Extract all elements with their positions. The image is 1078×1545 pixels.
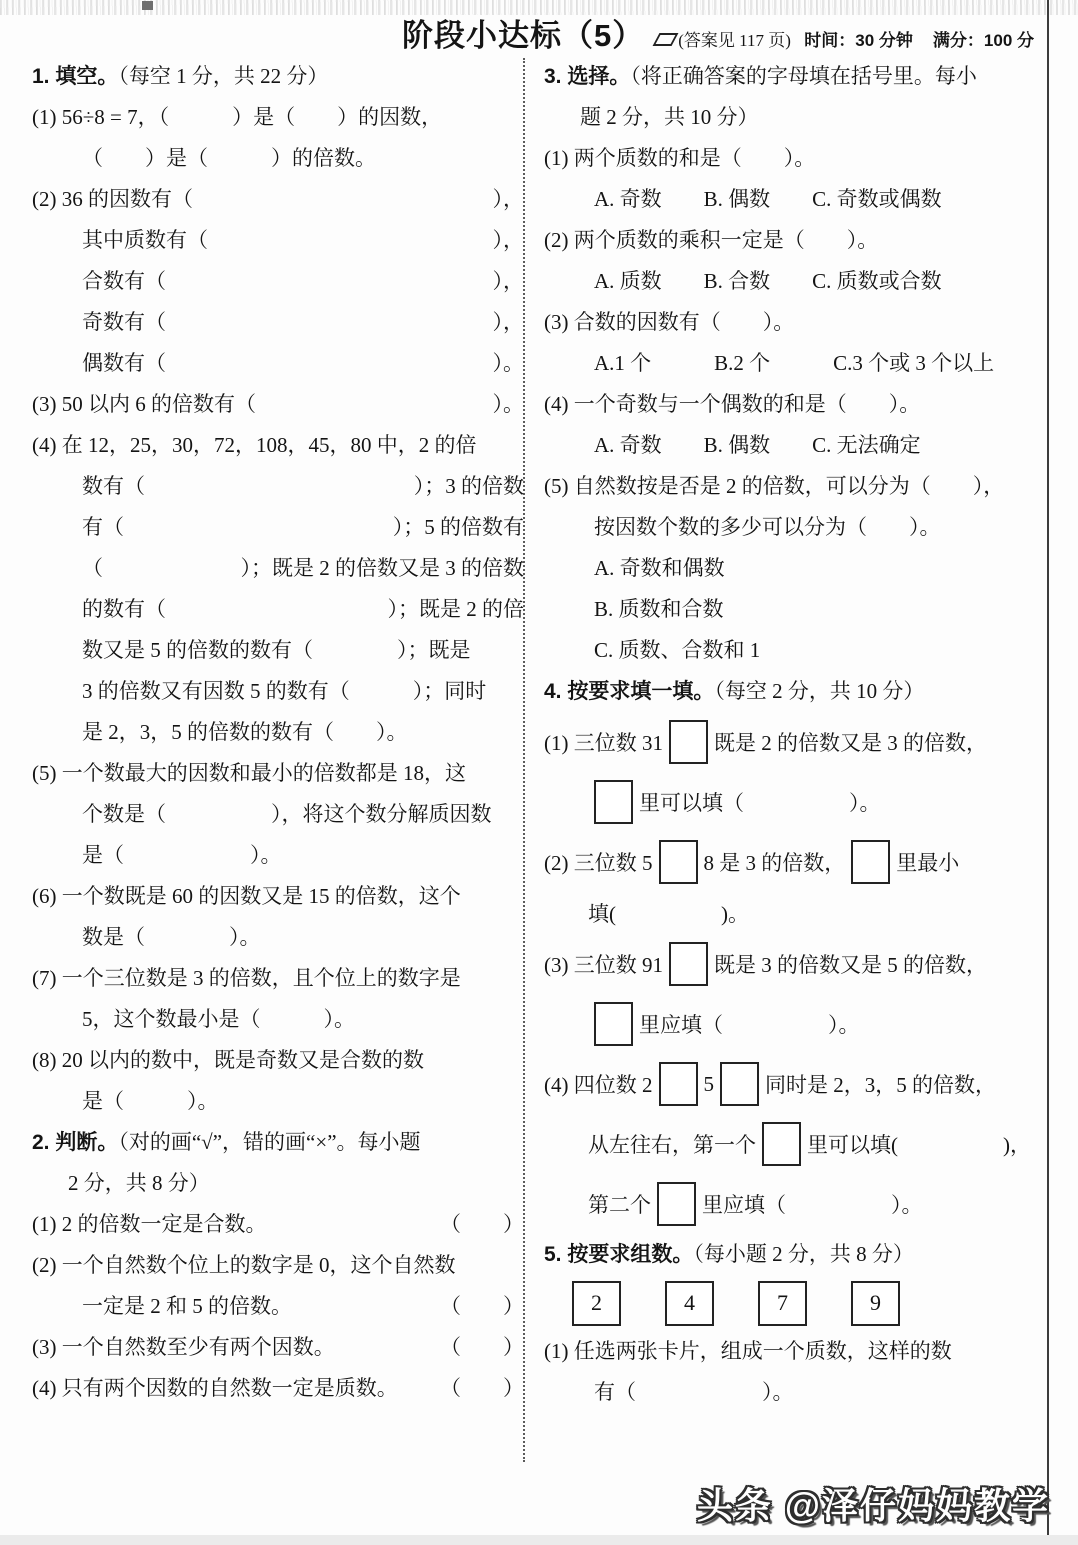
s1-q8-line1: (8) 20 以内的数中，既是奇数又是合数的数 (32, 1040, 524, 1081)
s2-j1: (1) 2 的倍数一定是合数。（ ） (32, 1204, 524, 1245)
s1-q2-l2-left: 其中质数有（ (32, 220, 208, 261)
s1-q4-line7: 3 的倍数又有因数 5 的数有（ ）；同时 (32, 671, 524, 712)
s4-q4-l2-seg1: 从左往右，第一个 (588, 1129, 756, 1159)
answer-box (594, 1002, 633, 1046)
s4-q4-seg1: (4) 四位数 2 (544, 1069, 653, 1099)
s1-q4-line5: 的数有（）；既是 2 的倍 (32, 589, 524, 630)
s1-q2-line4: 奇数有（）， (32, 302, 524, 343)
s4-q1-seg2: 既是 2 的倍数又是 3 的倍数， (714, 727, 987, 757)
section1-title-label: 1. 填空。 (32, 65, 118, 88)
s1-q7-line2: 5，这个数最小是（ ）。 (32, 999, 524, 1040)
s2-j3-text: (3) 一个自然数至少有两个因数。 (32, 1327, 335, 1368)
s4-q1-line2: 里可以填（ ）。 (544, 772, 1044, 832)
answer-reference-text: (答案见 117 页) (678, 31, 791, 50)
s1-q4-line6: 数又是 5 的倍数的数有（ ）；既是 (32, 630, 524, 671)
s1-q2-l3-left: 合数有（ (32, 261, 166, 302)
s1-q4-l4-right: ）；既是 2 的倍数又是 3 的倍数 (241, 548, 525, 589)
s1-q3-right: ）。 (493, 384, 525, 425)
s2-j4: (4) 只有两个因数的自然数一定是质数。（ ） (32, 1368, 524, 1409)
s1-q7-line1: (7) 一个三位数是 3 的倍数，且个位上的数字是 (32, 958, 524, 999)
s4-q2-l2-text: 填( )。 (588, 898, 749, 928)
s3-q5-option-c: C. 质数、合数和 1 (544, 630, 1044, 671)
s1-q4-l3-left: 有（ (32, 507, 124, 548)
section2-title: 2. 判断。（对的画“√”，错的画“×”。每小题 (32, 1122, 524, 1163)
answer-box (659, 840, 698, 884)
s4-q2-seg1: (2) 三位数 5 (544, 847, 653, 877)
paper-header: 阶段小达标（5） (答案见 117 页) 时间：30 分钟满分：100 分 (402, 10, 1034, 55)
s1-q2-l3-right: ）， (493, 261, 525, 302)
s2-j3: (3) 一个自然数至少有两个因数。（ ） (32, 1327, 524, 1368)
s1-q4-l3-right: ）；5 的倍数有 (393, 507, 524, 548)
s4-q3-seg1: (3) 三位数 91 (544, 949, 663, 979)
s4-q2-seg2: 8 是 3 的倍数， (704, 847, 846, 877)
s1-q3-line: (3) 50 以内 6 的倍数有（）。 (32, 384, 524, 425)
section3-title: 3. 选择。（将正确答案的字母填在括号里。每小 (544, 56, 1044, 97)
s2-j3-paren: （ ） (440, 1327, 524, 1368)
section3-title-line2: 题 2 分，共 10 分） (544, 97, 1044, 138)
s2-j1-paren: （ ） (440, 1204, 524, 1245)
number-cards: 2 4 7 9 (544, 1275, 1044, 1331)
s1-q4-line8: 是 2，3，5 的倍数的数有（ ）。 (32, 712, 524, 753)
header-meta: 时间：30 分钟满分：100 分 (804, 26, 1034, 51)
s4-q4-seg2: 5 (704, 1072, 715, 1097)
s4-q4-l3-seg1: 第二个 (588, 1189, 651, 1219)
s4-q4-line3: 第二个里应填（ ）。 (544, 1174, 1044, 1234)
s4-q4-line1: (4) 四位数 25同时是 2，3，5 的倍数， (544, 1054, 1044, 1114)
s3-q5-option-a: A. 奇数和偶数 (544, 548, 1044, 589)
section4-title-label: 4. 按要求填一填。 (544, 680, 714, 703)
s1-q8-line2: 是（ ）。 (32, 1081, 524, 1122)
s4-q3-line1: (3) 三位数 91既是 3 的倍数又是 5 的倍数， (544, 934, 1044, 994)
s1-q4-l2-right: ）；3 的倍数 (414, 466, 524, 507)
answer-box (594, 780, 633, 824)
s1-q1-line1: (1) 56÷8 = 7，（ ）是（ ）的因数， (32, 97, 524, 138)
s3-q5-line1: (5) 自然数按是否是 2 的倍数，可以分为（ ）， (544, 466, 1044, 507)
paper-title: 阶段小达标（5） (402, 10, 644, 55)
section2-title-note: （对的画“√”，错的画“×”。每小题 (118, 1130, 420, 1154)
section5-title-note: （每小题 2 分，共 8 分） (693, 1242, 914, 1266)
watermark: 头条 @泽仔妈妈教学 (697, 1478, 1050, 1529)
s1-q2-line3: 合数有（）， (32, 261, 524, 302)
s3-q1-options: A. 奇数 B. 偶数 C. 奇数或偶数 (544, 179, 1044, 220)
answer-box (851, 840, 890, 884)
number-card: 9 (851, 1281, 900, 1326)
s2-j4-text: (4) 只有两个因数的自然数一定是质数。 (32, 1368, 398, 1409)
s3-q2-options: A. 质数 B. 合数 C. 质数或合数 (544, 261, 1044, 302)
s4-q3-line2: 里应填（ ）。 (544, 994, 1044, 1054)
s3-q2: (2) 两个质数的乘积一定是（ ）。 (544, 220, 1044, 261)
s4-q4-l2-seg2: 里可以填( )， (807, 1129, 1031, 1159)
s4-q3-l2-seg2: 里应填（ ）。 (639, 1009, 860, 1039)
section3-title-note: （将正确答案的字母填在括号里。每小 (630, 64, 977, 88)
s1-q2-l5-right: ）。 (493, 343, 525, 384)
s1-q2-line2: 其中质数有（）， (32, 220, 524, 261)
s4-q2-line2: 填( )。 (544, 892, 1044, 934)
section4-title: 4. 按要求填一填。（每空 2 分，共 10 分） (544, 671, 1044, 712)
section3-title-label: 3. 选择。 (544, 65, 630, 88)
s1-q4-l5-left: 的数有（ (32, 589, 166, 630)
s1-q2-l1-left: (2) 36 的因数有（ (32, 179, 193, 220)
s1-q4-l2-left: 数有（ (32, 466, 145, 507)
s1-q4-l5-right: ）；既是 2 的倍 (388, 589, 525, 630)
s3-q3-options: A.1 个 B.2 个 C.3 个或 3 个以上 (544, 343, 1044, 384)
s2-j2-line2: 一定是 2 和 5 的倍数。（ ） (32, 1286, 524, 1327)
s1-q2-l2-right: ）， (493, 220, 525, 261)
answer-box (669, 720, 708, 764)
s1-q2-line5: 偶数有（）。 (32, 343, 524, 384)
answer-box (669, 942, 708, 986)
answer-box (659, 1062, 698, 1106)
number-card: 7 (758, 1281, 807, 1326)
number-card: 4 (665, 1281, 714, 1326)
section1-title: 1. 填空。（每空 1 分，共 22 分） (32, 56, 524, 97)
s4-q1-seg1: (1) 三位数 31 (544, 727, 663, 757)
s4-q2-seg3: 里最小 (896, 847, 959, 877)
section2-title-label: 2. 判断。 (32, 1131, 118, 1154)
s1-q6-line1: (6) 一个数既是 60 的因数又是 15 的倍数，这个 (32, 876, 524, 917)
answer-box (657, 1182, 696, 1226)
s5-q1-line2: 有（ ）。 (544, 1372, 1044, 1413)
left-column: 1. 填空。（每空 1 分，共 22 分） (1) 56÷8 = 7，（ ）是（… (32, 56, 524, 1409)
s1-q2-l5-left: 偶数有（ (32, 343, 166, 384)
section4-title-note: （每空 2 分，共 10 分） (714, 679, 924, 703)
section2-title-line2: 2 分，共 8 分） (32, 1163, 524, 1204)
s1-q4-line3: 有（）；5 的倍数有 (32, 507, 524, 548)
s3-q4-options: A. 奇数 B. 偶数 C. 无法确定 (544, 425, 1044, 466)
s1-q2-l4-right: ）， (493, 302, 525, 343)
answer-box (762, 1122, 801, 1166)
answer-reference: (答案见 117 页) (656, 26, 791, 51)
section5-title-label: 5. 按要求组数。 (544, 1243, 693, 1266)
s5-q1-line1: (1) 任选两张卡片，组成一个质数，这样的数 (544, 1331, 1044, 1372)
page-flip-icon (653, 33, 679, 46)
s1-q2-l4-left: 奇数有（ (32, 302, 166, 343)
time-label: 时间：30 分钟 (804, 31, 913, 50)
scan-bottom-band (0, 1535, 1078, 1545)
number-card: 2 (572, 1281, 621, 1326)
s3-q3: (3) 合数的因数有（ ）。 (544, 302, 1044, 343)
s2-j2-l2-paren: （ ） (440, 1286, 524, 1327)
page-edge-rule (1047, 0, 1049, 1545)
right-column: 3. 选择。（将正确答案的字母填在括号里。每小 题 2 分，共 10 分） (1… (544, 56, 1044, 1413)
s4-q4-line2: 从左往右，第一个里可以填( )， (544, 1114, 1044, 1174)
s1-q4-l4-left: （ (32, 548, 103, 589)
answer-box (720, 1062, 759, 1106)
s4-q4-l3-seg2: 里应填（ ）。 (702, 1189, 923, 1219)
s1-q3-left: (3) 50 以内 6 的倍数有（ (32, 384, 256, 425)
s3-q5-line2: 按因数个数的多少可以分为（ ）。 (544, 507, 1044, 548)
s1-q2-l1-right: ）， (493, 179, 525, 220)
section1-title-note: （每空 1 分，共 22 分） (118, 64, 328, 88)
section5-title: 5. 按要求组数。（每小题 2 分，共 8 分） (544, 1234, 1044, 1275)
s3-q1: (1) 两个质数的和是（ ）。 (544, 138, 1044, 179)
s2-j4-paren: （ ） (440, 1368, 524, 1409)
s1-q5-line3: 是（ ）。 (32, 835, 524, 876)
s2-j1-text: (1) 2 的倍数一定是合数。 (32, 1204, 267, 1245)
s1-q4-line1: (4) 在 12，25，30，72，108，45，80 中，2 的倍 (32, 425, 524, 466)
s4-q1-l2-seg2: 里可以填（ ）。 (639, 787, 881, 817)
s1-q2-line1: (2) 36 的因数有（）， (32, 179, 524, 220)
s1-q4-line4: （）；既是 2 的倍数又是 3 的倍数 (32, 548, 524, 589)
s1-q6-line2: 数是（ ）。 (32, 917, 524, 958)
s1-q1-line2: （ ）是（ ）的倍数。 (32, 138, 524, 179)
score-label: 满分：100 分 (933, 31, 1034, 50)
s1-q5-line2: 个数是（ ），将这个数分解质因数 (32, 794, 524, 835)
scan-artifact (142, 1, 153, 10)
s2-j2-line1: (2) 一个自然数个位上的数字是 0，这个自然数 (32, 1245, 524, 1286)
s4-q4-seg3: 同时是 2，3，5 的倍数， (765, 1069, 996, 1099)
s2-j2-l2-text: 一定是 2 和 5 的倍数。 (32, 1286, 292, 1327)
s1-q5-line1: (5) 一个数最大的因数和最小的倍数都是 18，这 (32, 753, 524, 794)
s4-q2-line1: (2) 三位数 58 是 3 的倍数，里最小 (544, 832, 1044, 892)
s1-q4-line2: 数有（）；3 的倍数 (32, 466, 524, 507)
s4-q1-line1: (1) 三位数 31既是 2 的倍数又是 3 的倍数， (544, 712, 1044, 772)
s4-q3-seg2: 既是 3 的倍数又是 5 的倍数， (714, 949, 987, 979)
s3-q4: (4) 一个奇数与一个偶数的和是（ ）。 (544, 384, 1044, 425)
s3-q5-option-b: B. 质数和合数 (544, 589, 1044, 630)
